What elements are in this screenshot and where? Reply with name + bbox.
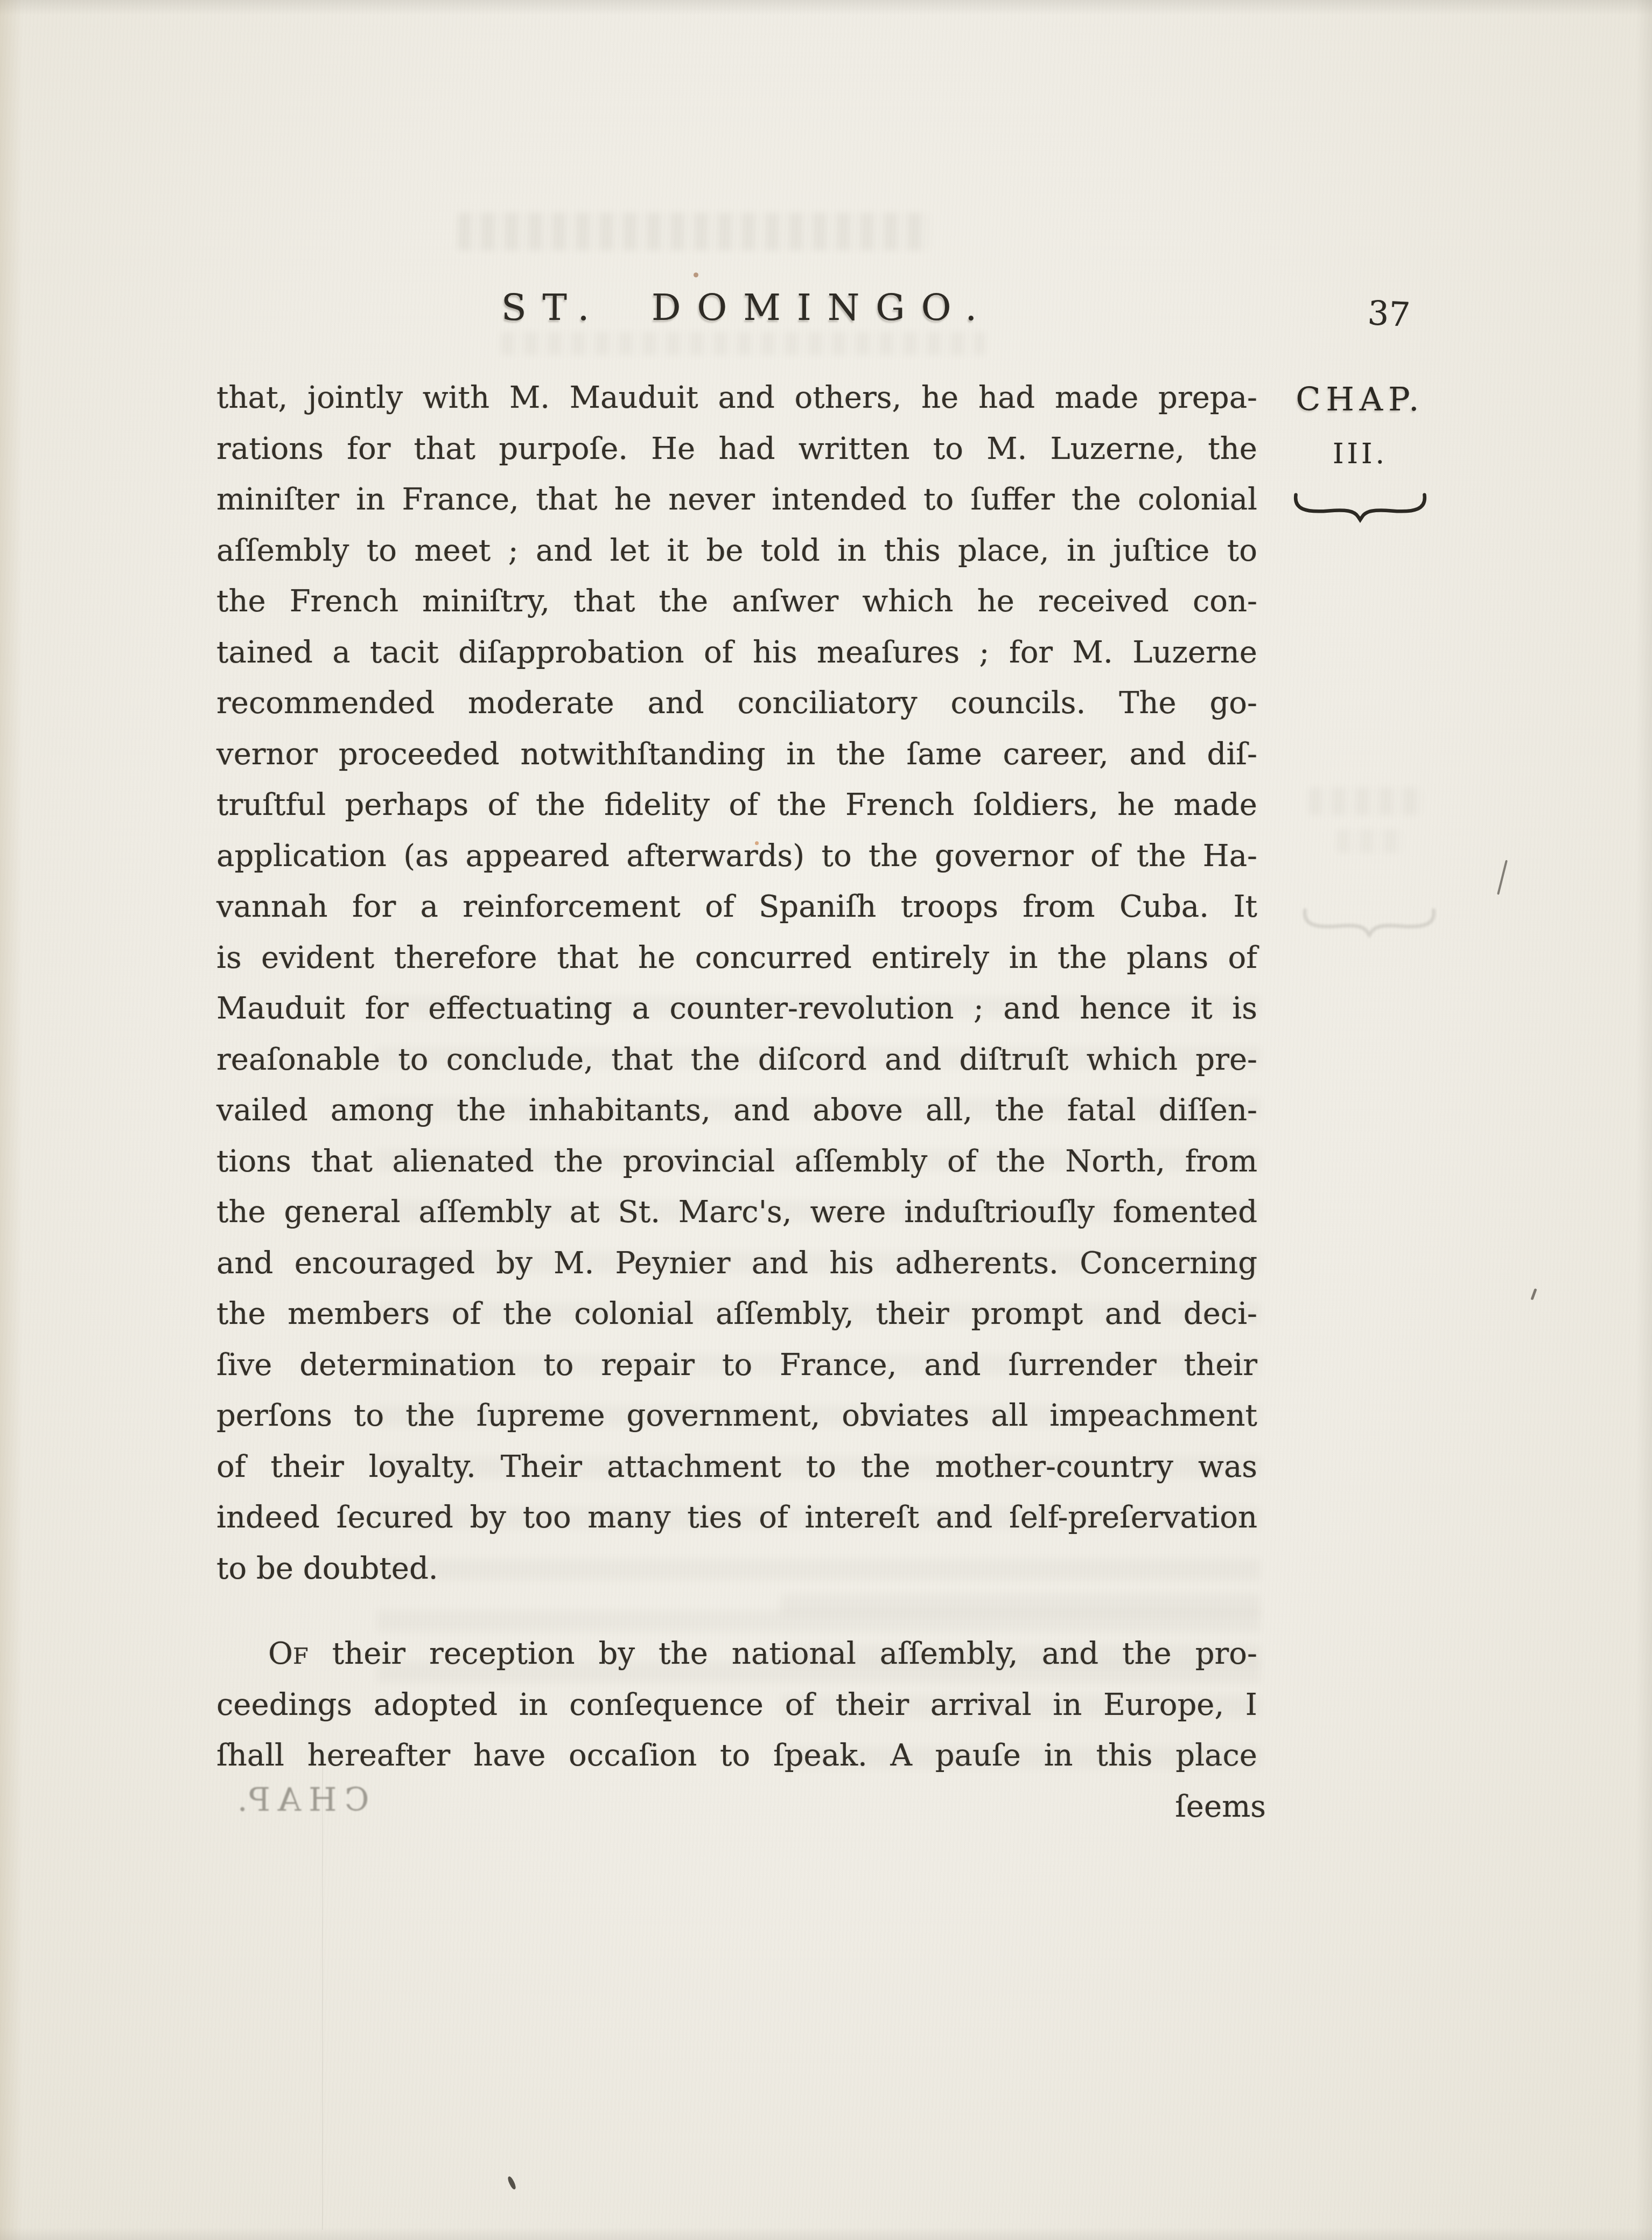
chapter-numeral: III. (1288, 440, 1432, 468)
text-line: tions that alienated the provincial aſſe… (216, 1141, 1257, 1192)
text-line: the French miniſtry, that the anſwer whi… (216, 581, 1257, 632)
showthrough-ghost-band (458, 213, 932, 250)
text-line: is evident therefore that he concurred e… (216, 937, 1257, 988)
text-line: application (as appeared afterwards) to … (216, 835, 1257, 887)
text-line: ſive determination to repair to France, … (216, 1344, 1257, 1395)
text-line: vailed among the inhabitants, and above … (216, 1090, 1257, 1141)
showthrough-ghost-brace (1302, 906, 1437, 938)
text-line: vannah for a reinforcement of Spaniſh tr… (216, 886, 1257, 937)
chapter-brace-ornament (1293, 491, 1427, 523)
ink-tick (1530, 1288, 1537, 1300)
chapter-margin-note: CHAP. III. (1288, 383, 1432, 525)
text-line: miniſter in France, that he never intend… (216, 479, 1257, 530)
text-line: that, jointly with M. Mauduit and others… (216, 377, 1257, 428)
text-line: truſtful perhaps of the fidelity of the … (216, 784, 1257, 835)
showthrough-mirrored-chap: CHAP. (208, 1784, 391, 1816)
text-line: the members of the colonial aſſembly, th… (216, 1293, 1257, 1344)
text-line: perſons to the ſupreme government, obvia… (216, 1395, 1257, 1446)
running-header-title: ST. DOMINGO. (501, 287, 993, 329)
pen-mark (1497, 860, 1508, 895)
text-line: rations for that purpoſe. He had written… (216, 428, 1257, 479)
text-line: of their loyalty. Their attachment to th… (216, 1446, 1257, 1497)
page-number: 37 (1367, 296, 1411, 332)
running-header: ST. DOMINGO. (226, 290, 1268, 326)
book-page-scan: ST. DOMINGO. 37 CHAP. III. that, jointly… (0, 0, 1652, 2240)
text-line-rest: their reception by the national aſſembly… (309, 1636, 1257, 1671)
paragraph-smallcap: F (293, 1643, 309, 1669)
text-line: tained a tacit diſapprobation of his mea… (216, 632, 1257, 683)
showthrough-ghost-numeral (1336, 829, 1405, 853)
text-line: ceedings adopted in conſequence of their… (216, 1684, 1257, 1735)
text-line: Mauduit for effectuating a counter-revol… (216, 988, 1257, 1039)
showthrough-ghost-chapter (1308, 787, 1424, 815)
body-text: that, jointly with M. Mauduit and others… (216, 377, 1257, 1837)
text-line: ſhall hereafter have occaſion to ſpeak. … (216, 1735, 1257, 1786)
text-line-paragraph-start: OF their reception by the national aſſem… (216, 1633, 1257, 1684)
text-line: reaſonable to conclude, that the diſcord… (216, 1039, 1257, 1090)
text-line: vernor proceeded notwithſtanding in the … (216, 734, 1257, 785)
text-line: and encouraged by M. Peynier and his adh… (216, 1243, 1257, 1294)
text-line: aſſembly to meet ; and let it be told in… (216, 530, 1257, 581)
ink-fleck (507, 2175, 517, 2190)
paragraph-initial: O (268, 1636, 293, 1671)
text-line: to be doubted. (216, 1548, 1257, 1599)
text-line: the general aſſembly at St. Marc's, were… (216, 1191, 1257, 1243)
paper-speck (694, 273, 698, 277)
text-line: recommended moderate and conciliatory co… (216, 682, 1257, 734)
chapter-label: CHAP. (1288, 383, 1432, 416)
text-line: indeed ſecured by too many ties of inter… (216, 1497, 1257, 1548)
showthrough-ghost-band (501, 332, 985, 355)
